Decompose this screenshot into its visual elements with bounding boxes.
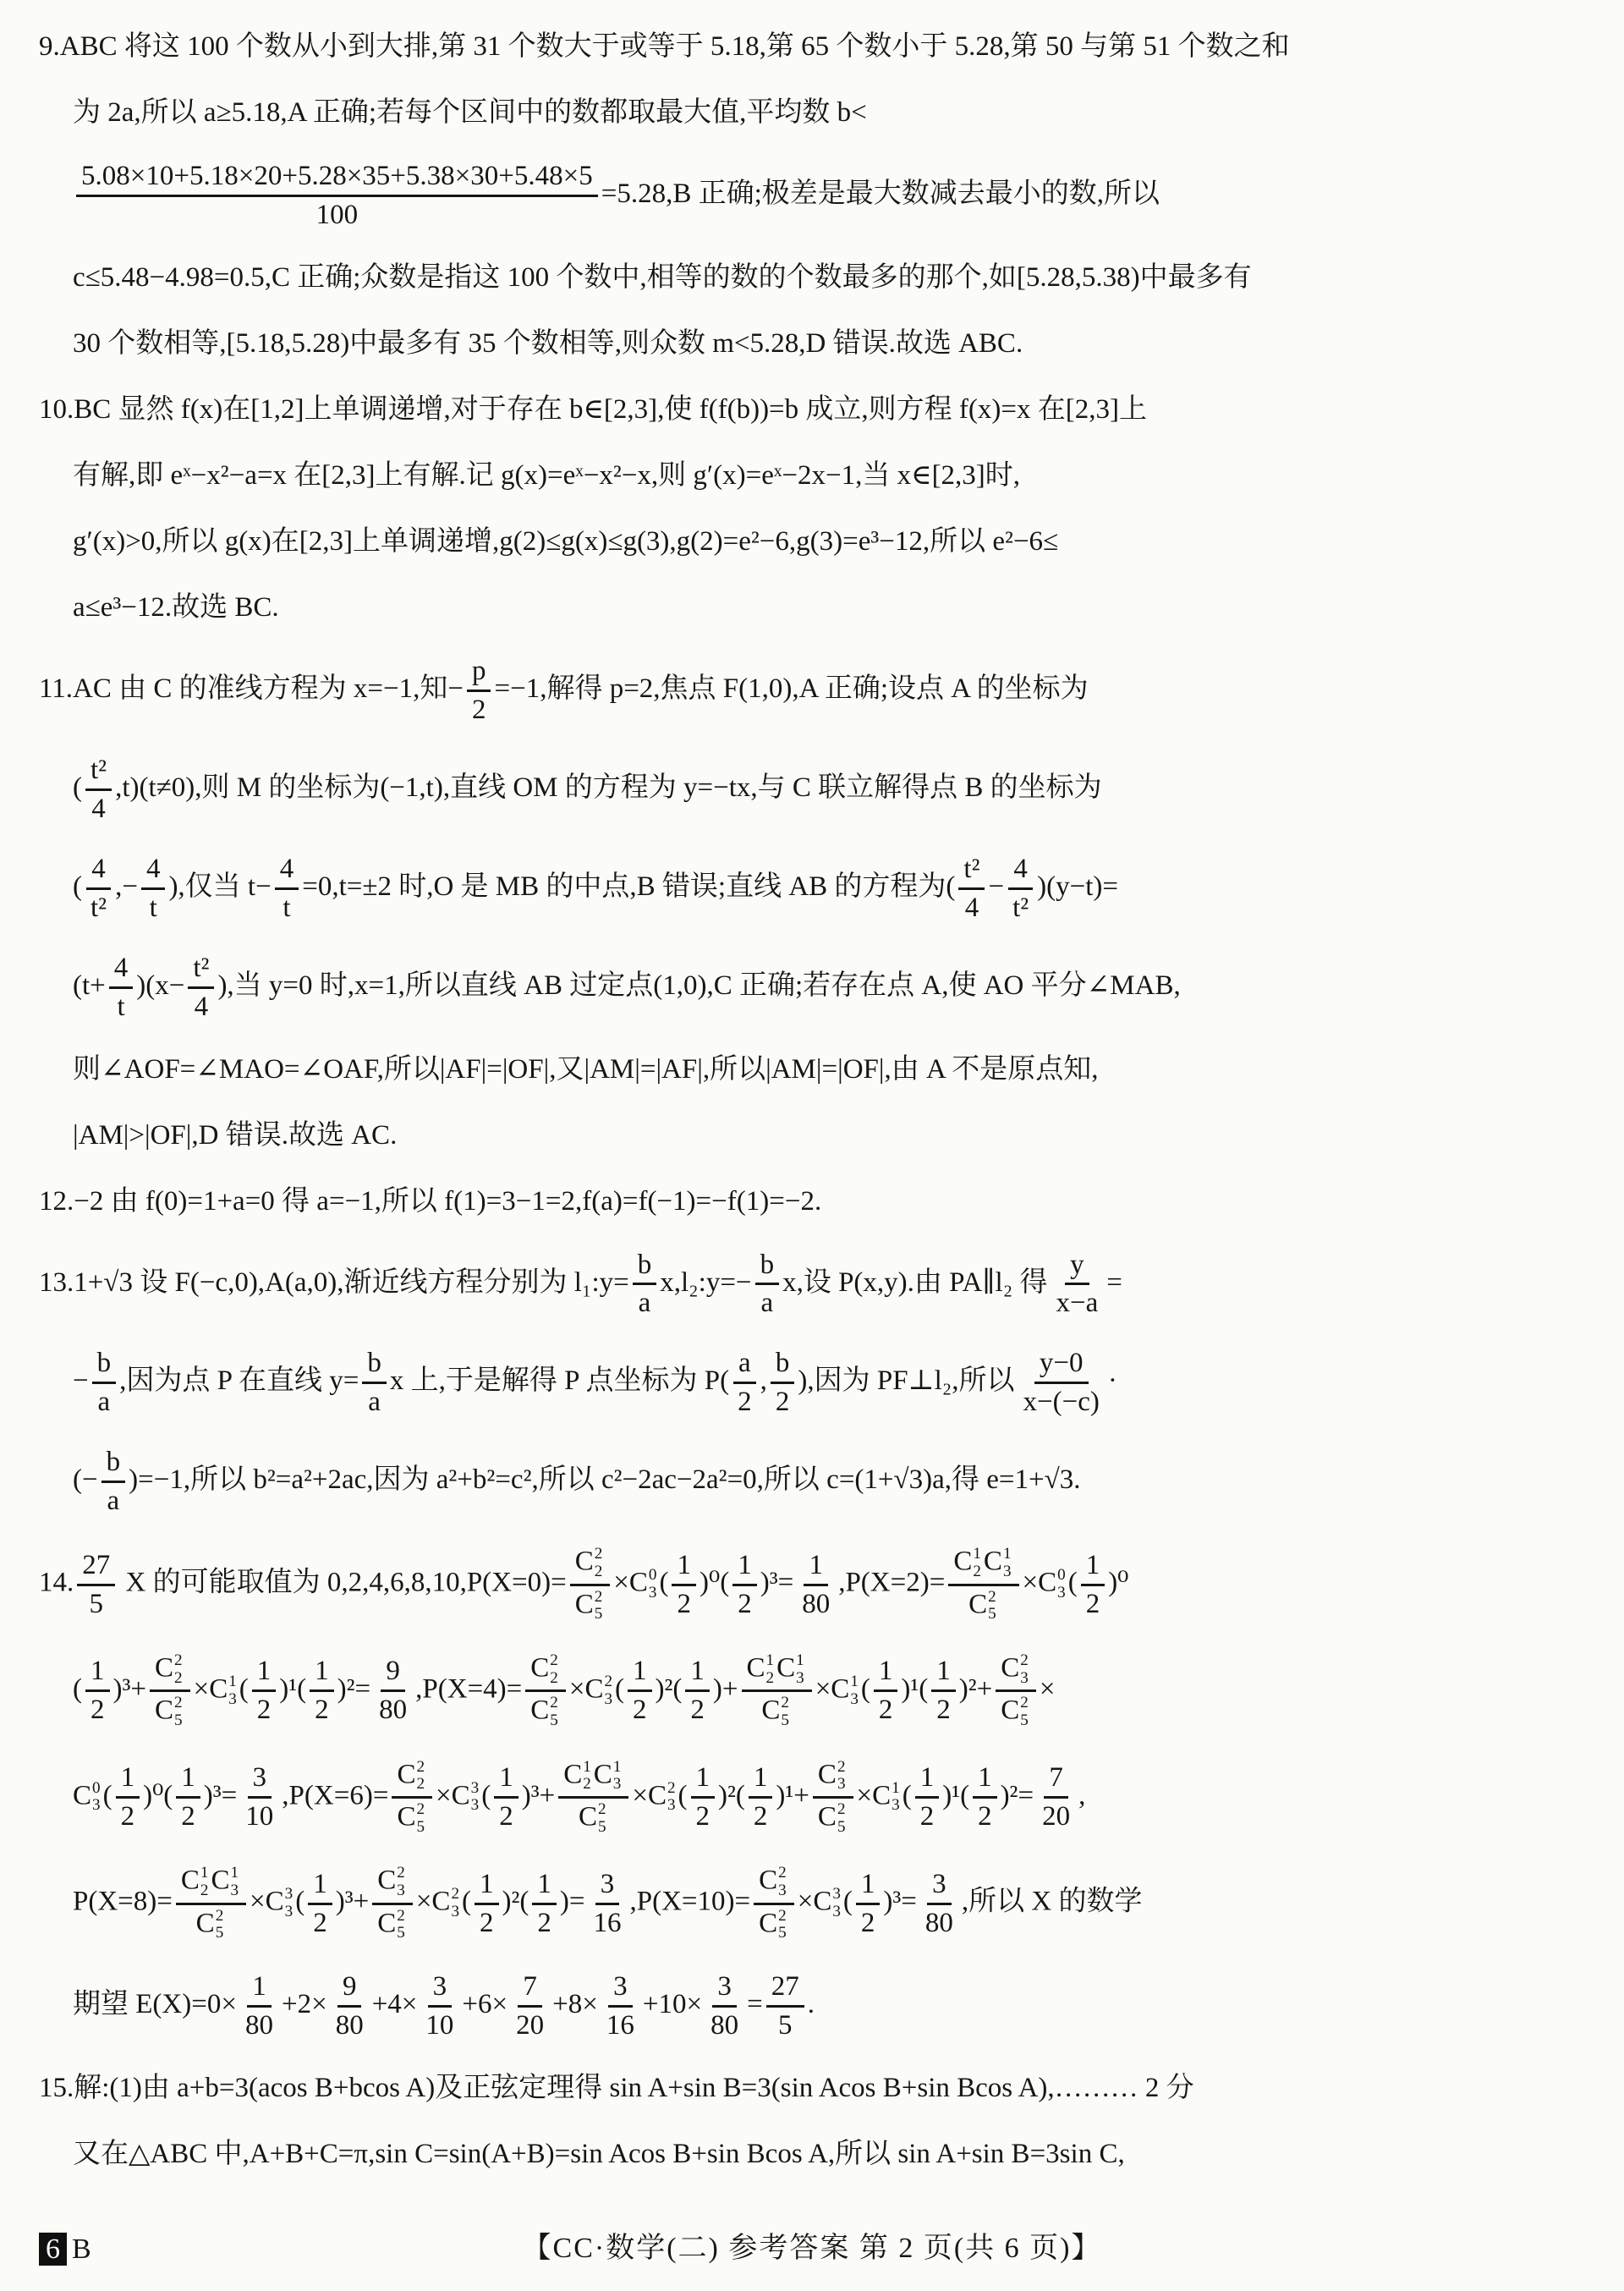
answer-line-q9: 9.ABC 将这 100 个数从小到大排,第 31 个数大于或等于 5.18,第… [39,29,1595,66]
fraction: 4t [275,854,299,924]
fraction: 12 [1081,1550,1106,1620]
super-subscript: 33 [285,1886,294,1920]
fraction: 12 [252,1656,277,1726]
fraction: ba [755,1250,780,1320]
super-subscript: 12 [766,1652,775,1687]
fraction: 12 [85,1656,110,1726]
super-subscript: 25 [837,1801,846,1836]
super-subscript: 13 [230,1865,239,1899]
answer-line-q10: 10.BC 显然 f(x)在[1,2]上单调递增,对于存在 b∈[2,3],使 … [39,392,1595,429]
fraction: C12C13C25 [558,1759,628,1837]
super-subscript: 33 [832,1886,841,1920]
super-subscript: 23 [397,1865,405,1899]
super-subscript: 12 [200,1865,209,1899]
fraction: 12 [310,1656,334,1726]
fraction: 275 [77,1550,115,1620]
fraction: 12 [973,1762,997,1832]
fraction: 12 [628,1656,652,1726]
fraction: 4t [141,854,166,924]
super-subscript: 25 [988,1589,996,1623]
answer-line-q9: 5.08×10+5.18×20+5.28×35+5.38×30+5.48×510… [39,161,1595,231]
fraction: C12C13C25 [742,1652,812,1730]
fraction: 980 [331,1971,369,2041]
question-block-12: 12.−2 由 f(0)=1+a=0 得 a=−1,所以 f(1)=3−1=2,… [39,1184,1595,1221]
answer-line-q10: 有解,即 eˣ−x²−a=x 在[2,3]上有解.记 g(x)=eˣ−x²−x,… [39,458,1595,495]
fraction: 4t [109,953,134,1023]
answer-line-q10: g′(x)>0,所以 g(x)在[2,3]上单调递增,g(2)≤g(x)≤g(3… [39,524,1595,561]
super-subscript: 13 [850,1673,859,1708]
fraction: C12C13C25 [176,1865,246,1942]
answer-line-q13: (−ba)=−1,所以 b²=a²+2ac,因为 a²+b²=c²,所以 c²−… [39,1447,1595,1517]
super-subscript: 25 [216,1908,224,1942]
fraction: yx−a [1051,1250,1103,1320]
super-subscript: 23 [837,1759,846,1794]
fraction: ba [633,1250,657,1320]
question-block-11: 11.AC 由 C 的准线方程为 x=−1,知−p2=−1,解得 p=2,焦点 … [39,656,1595,1155]
answer-line-q11: 11.AC 由 C 的准线方程为 x=−1,知−p2=−1,解得 p=2,焦点 … [39,656,1595,726]
super-subscript: 13 [613,1759,622,1794]
fraction: 980 [374,1656,412,1726]
page-footer: 6B 【CC·数学(二) 参考答案 第 2 页(共 6 页)】 [0,2218,1624,2266]
fraction: C23C25 [813,1759,853,1837]
fraction: C23C25 [996,1652,1036,1730]
fraction: C22C25 [392,1759,432,1837]
fraction: 4t² [85,854,112,924]
super-subscript: 03 [1057,1567,1066,1602]
fraction: a2 [732,1348,757,1418]
fraction: 12 [532,1869,557,1939]
fraction: 12 [732,1550,757,1620]
answer-line-q14: (12)³+C22C25×C13(12)¹(12)²=980,P(X=4)=C2… [39,1652,1595,1730]
fraction: 316 [588,1869,626,1939]
answer-line-q13: −ba,因为点 P 在直线 y=bax 上,于是解得 P 点坐标为 P(a2,b… [39,1348,1595,1418]
fraction: 180 [240,1971,278,2041]
question-block-10: 10.BC 显然 f(x)在[1,2]上单调递增,对于存在 b∈[2,3],使 … [39,392,1595,627]
super-subscript: 25 [1020,1695,1029,1729]
fraction: C23C25 [754,1865,794,1942]
fraction: 12 [176,1762,200,1832]
answer-sheet-page: 9.ABC 将这 100 个数从小到大排,第 31 个数大于或等于 5.18,第… [0,0,1624,2291]
answer-line-q14: P(X=8)=C12C13C25×C33(12)³+C23C25×C23(12)… [39,1865,1595,1942]
fraction: C22C25 [570,1546,611,1623]
super-subscript: 13 [796,1652,804,1687]
question-block-14: 14.275 X 的可能取值为 0,2,4,6,8,10,P(X=0)=C22C… [39,1546,1595,2041]
fraction: C22C25 [150,1652,190,1730]
answer-line-q15: 15.解:(1)由 a+b=3(acos B+bcos A)及正弦定理得 sin… [39,2070,1595,2107]
fraction: 12 [308,1869,332,1939]
fraction: p2 [467,656,491,726]
fraction: ba [362,1348,387,1418]
fraction: t²4 [188,953,214,1023]
answer-line-q9: 30 个数相等,[5.18,5.28)中最多有 35 个数相等,则众数 m<5.… [39,326,1595,363]
fraction: ba [101,1447,126,1517]
answer-line-q12: 12.−2 由 f(0)=1+a=0 得 a=−1,所以 f(1)=3−1=2,… [39,1184,1595,1221]
super-subscript: 25 [778,1908,787,1942]
fraction: 275 [766,1971,804,2041]
fraction: C23C25 [372,1865,413,1942]
super-subscript: 12 [973,1546,981,1580]
answer-line-q11: (t+4t)(x−t²4),当 y=0 时,x=1,所以直线 AB 过定点(1,… [39,953,1595,1023]
fraction: 12 [672,1550,696,1620]
fraction: 12 [494,1762,518,1832]
super-subscript: 22 [174,1652,183,1687]
super-subscript: 25 [416,1801,425,1836]
fraction: y−0x−(−c) [1018,1348,1105,1418]
super-subscript: 23 [778,1865,787,1899]
fraction: 316 [601,1971,639,2041]
fraction: 12 [749,1762,773,1832]
answer-line-q11: |AM|>|OF|,D 错误.故选 AC. [39,1118,1595,1155]
super-subscript: 13 [1003,1546,1012,1580]
answer-line-q14: 期望 E(X)=0×180+2×980+4×310+6×720+8×316+10… [39,1971,1595,2041]
answers-content: 9.ABC 将这 100 个数从小到大排,第 31 个数大于或等于 5.18,第… [0,0,1624,2173]
fraction: 5.08×10+5.18×20+5.28×35+5.38×30+5.48×510… [76,161,598,231]
super-subscript: 03 [649,1567,657,1602]
super-subscript: 25 [781,1695,789,1729]
super-subscript: 25 [598,1801,606,1836]
footer-caption: 【CC·数学(二) 参考答案 第 2 页(共 6 页)】 [0,2224,1624,2266]
answer-line-q10: a≤e³−12.故选 BC. [39,590,1595,627]
question-block-15: 15.解:(1)由 a+b=3(acos B+bcos A)及正弦定理得 sin… [39,2070,1595,2173]
answer-line-q11: (4t²,−4t),仅当 t−4t=0,t=±2 时,O 是 MB 的中点,B … [39,854,1595,924]
answer-line-q14: C03(12)⁰(12)³=310,P(X=6)=C22C25×C33(12)³… [39,1759,1595,1837]
super-subscript: 23 [604,1673,612,1708]
fraction: 12 [475,1869,499,1939]
answer-line-q11: (t²4,t)(t≠0),则 M 的坐标为(−1,t),直线 OM 的方程为 y… [39,755,1595,825]
answer-line-q14: 14.275 X 的可能取值为 0,2,4,6,8,10,P(X=0)=C22C… [39,1546,1595,1623]
fraction: 180 [797,1550,835,1620]
fraction: 720 [1037,1762,1075,1832]
super-subscript: 03 [92,1780,101,1815]
answer-line-q13: 13.1+√3 设 F(−c,0),A(a,0),渐近线方程分别为 l₁:y=b… [39,1250,1595,1320]
answer-line-q15: 又在△ABC 中,A+B+C=π,sin C=sin(A+B)=sin Acos… [39,2136,1595,2173]
super-subscript: 25 [397,1908,405,1942]
super-subscript: 23 [667,1780,676,1815]
fraction: ba [92,1348,117,1418]
fraction: 12 [691,1762,716,1832]
super-subscript: 33 [471,1780,480,1815]
super-subscript: 12 [583,1759,591,1794]
fraction: 12 [856,1869,881,1939]
fraction: 12 [874,1656,898,1726]
super-subscript: 25 [174,1695,183,1729]
fraction: C22C25 [525,1652,566,1730]
fraction: 380 [705,1971,743,2041]
question-block-13: 13.1+√3 设 F(−c,0),A(a,0),渐近线方程分别为 l₁:y=b… [39,1250,1595,1518]
answer-line-q9: 为 2a,所以 a≥5.18,A 正确;若每个区间中的数都取最大值,平均数 b< [39,95,1595,132]
super-subscript: 22 [595,1546,603,1580]
question-block-9: 9.ABC 将这 100 个数从小到大排,第 31 个数大于或等于 5.18,第… [39,29,1595,363]
fraction: b2 [771,1348,795,1418]
answer-line-q9: c≤5.48−4.98=0.5,C 正确;众数是指这 100 个数中,相等的数的… [39,260,1595,297]
fraction: 12 [116,1762,140,1832]
fraction: 310 [240,1762,278,1832]
fraction: 4t² [1007,854,1034,924]
fraction: C12C13C25 [948,1546,1018,1623]
super-subscript: 22 [416,1759,425,1794]
super-subscript: 22 [550,1652,558,1687]
fraction: 12 [915,1762,940,1832]
fraction: 380 [920,1869,958,1939]
fraction: 12 [931,1656,956,1726]
answer-line-q11: 则∠AOF=∠MAO=∠OAF,所以|AF|=|OF|,又|AM|=|AF|,所… [39,1052,1595,1089]
super-subscript: 23 [1020,1652,1029,1687]
super-subscript: 13 [892,1780,900,1815]
fraction: t²4 [958,854,985,924]
super-subscript: 25 [595,1589,603,1623]
fraction: 720 [511,1971,549,2041]
fraction: 310 [420,1971,458,2041]
super-subscript: 13 [228,1673,237,1708]
super-subscript: 23 [451,1886,459,1920]
super-subscript: 25 [550,1695,558,1729]
fraction: 12 [685,1656,710,1726]
fraction: t²4 [85,755,112,825]
